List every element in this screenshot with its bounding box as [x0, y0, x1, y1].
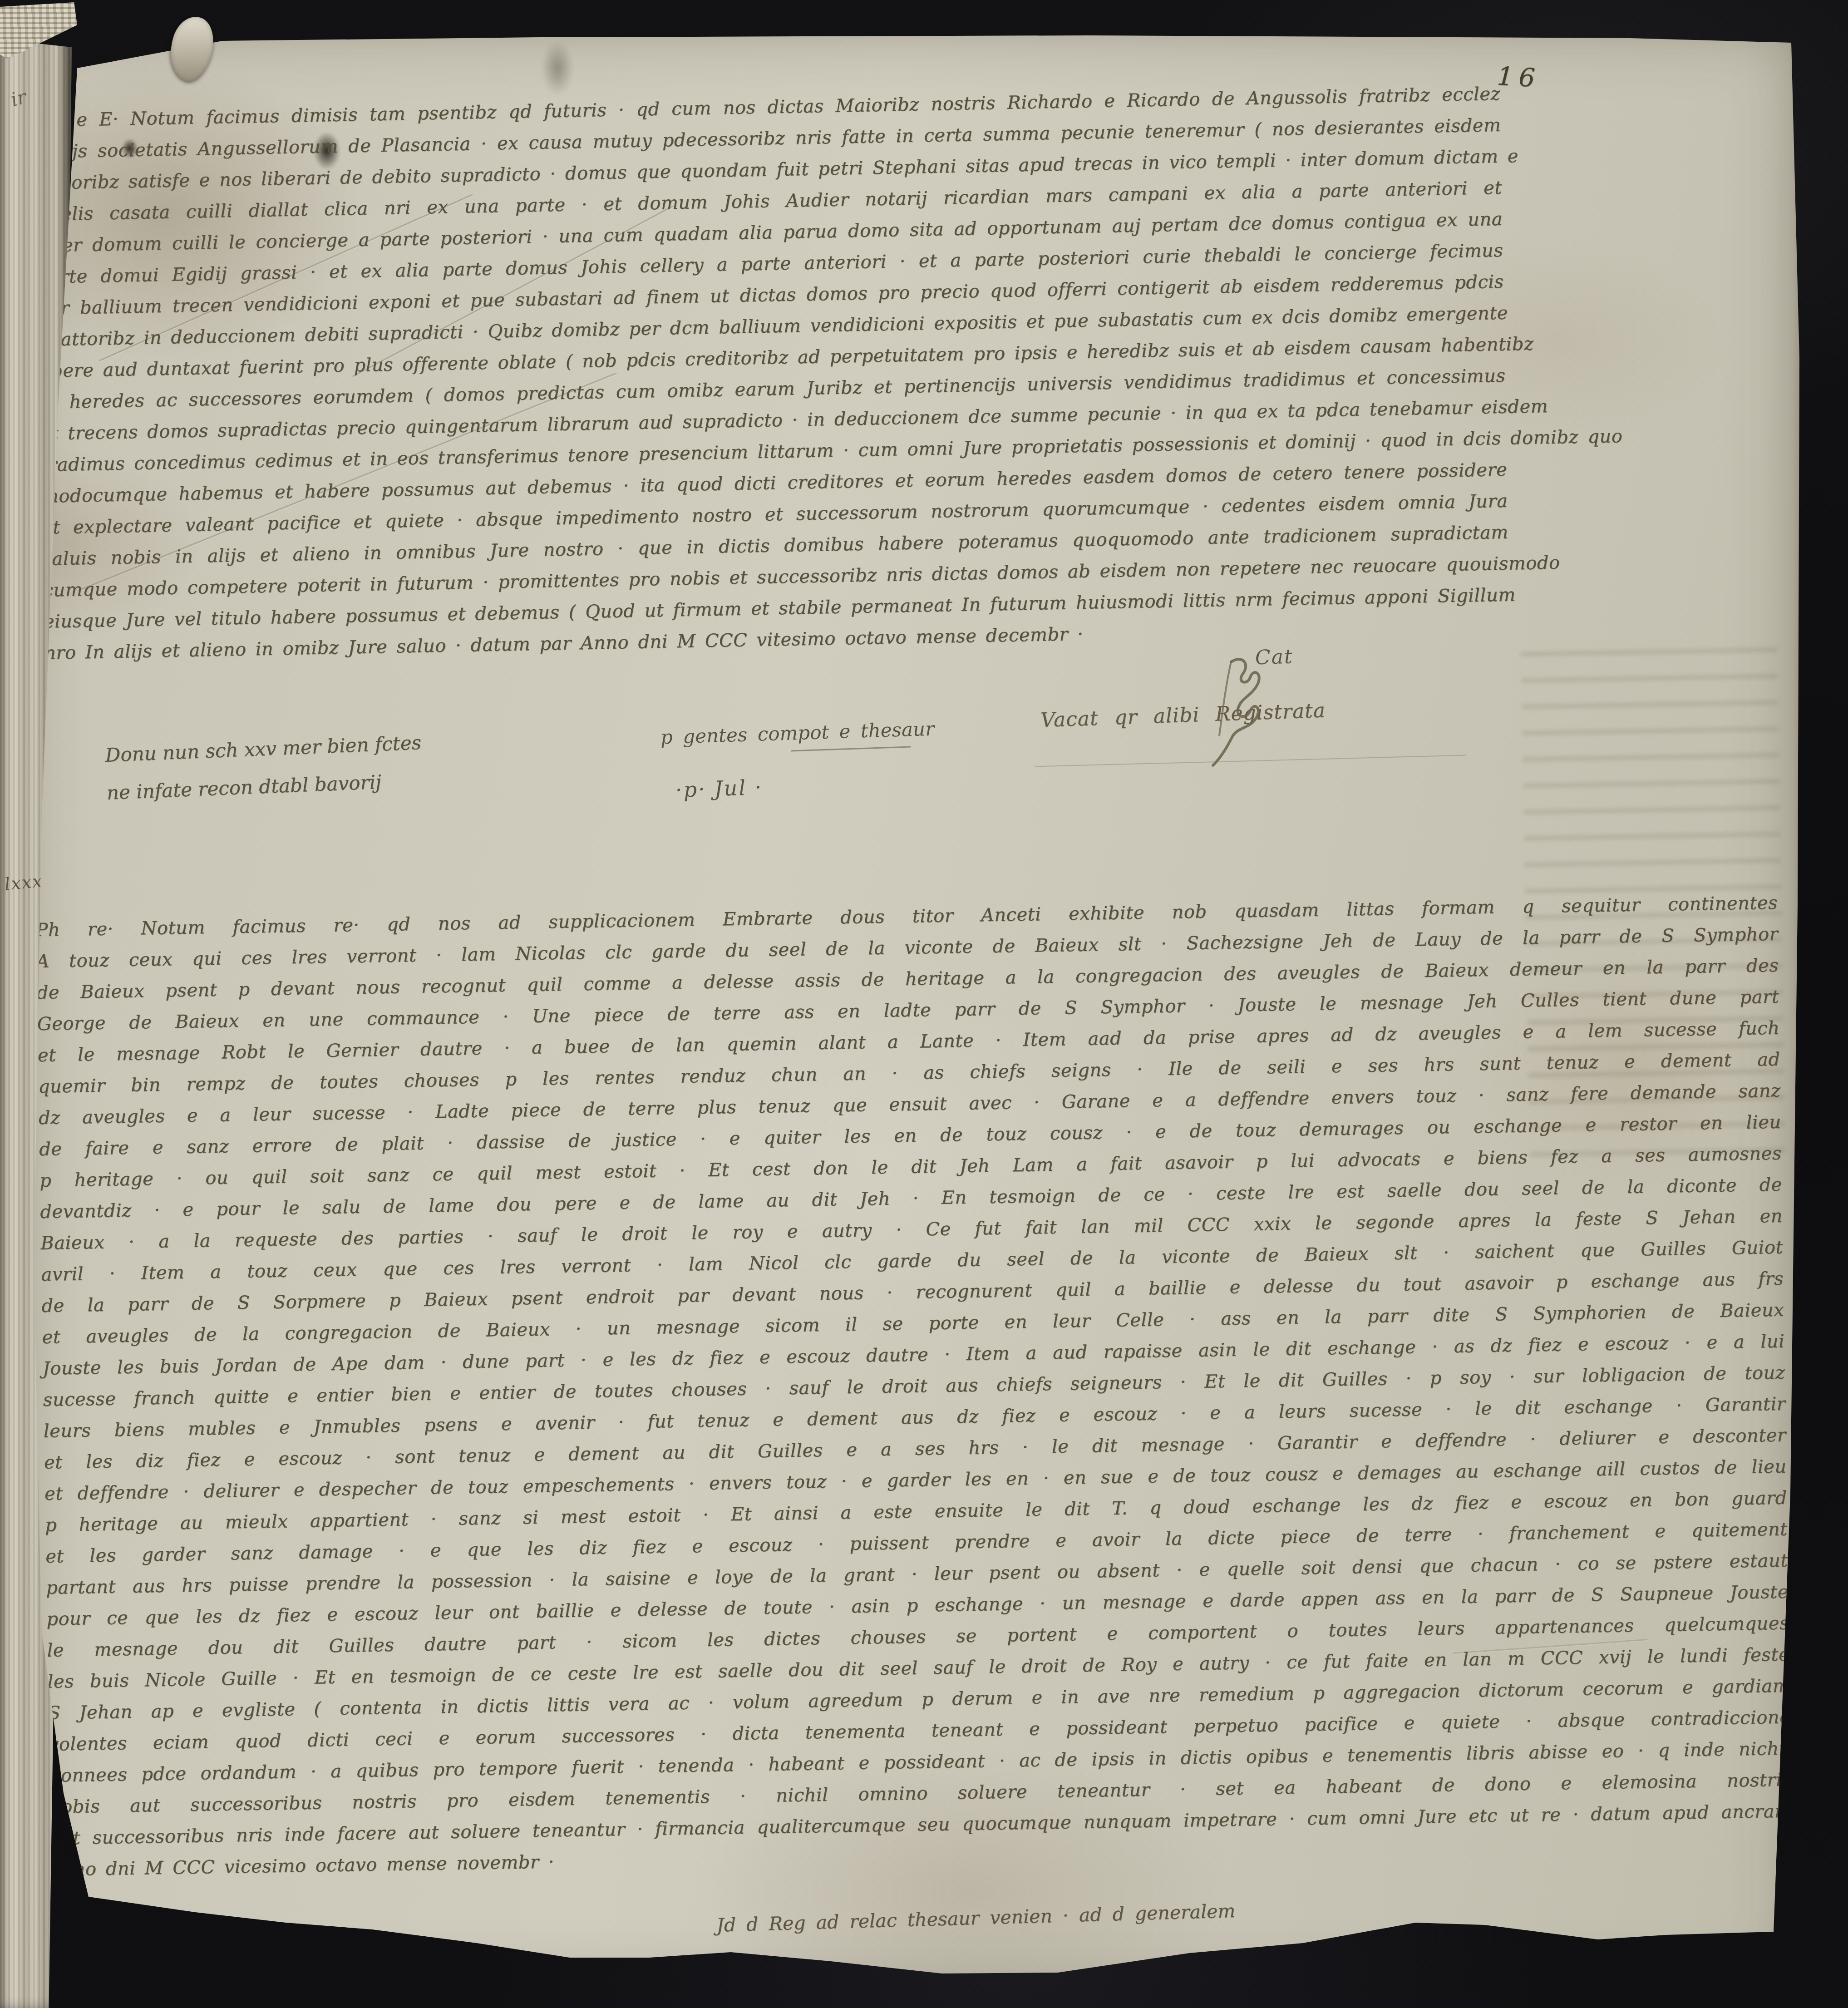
parchment-stain: [542, 41, 573, 95]
entry2-text-block: Ph re· Notum facimus re· qd nos ad suppl…: [35, 888, 1793, 1886]
manuscript-photograph: { "palette": { "backdrop": "#0e0e10", "p…: [0, 0, 1848, 2008]
chancery-note-left: Donu nun sch xxv mer bien fctesne infate…: [104, 716, 616, 812]
entry1-text-block: Ph· e E· Notum facimus dimisis tam psent…: [34, 79, 1510, 669]
notary-paraph-flourish: [1199, 654, 1267, 767]
accounting-note-line1: p gentes compot e thesaur: [660, 718, 935, 749]
accounting-note-line2: ·p· Jul ·: [675, 775, 763, 803]
parchment-page: 16 Ph· e E· Notum facimus dimisis tam ps…: [14, 23, 1800, 1995]
margin-mark-entry2: lxxx: [4, 871, 44, 894]
photo-backdrop: ir lxxx 16 Ph· e E· Notum facimus dimisi…: [0, 0, 1848, 2008]
folio-number: 16: [1496, 62, 1541, 94]
accounting-note-dash: [791, 746, 911, 751]
registration-note: Jd d Reg ad relac thesaur venien · ad d …: [716, 1892, 1525, 1936]
